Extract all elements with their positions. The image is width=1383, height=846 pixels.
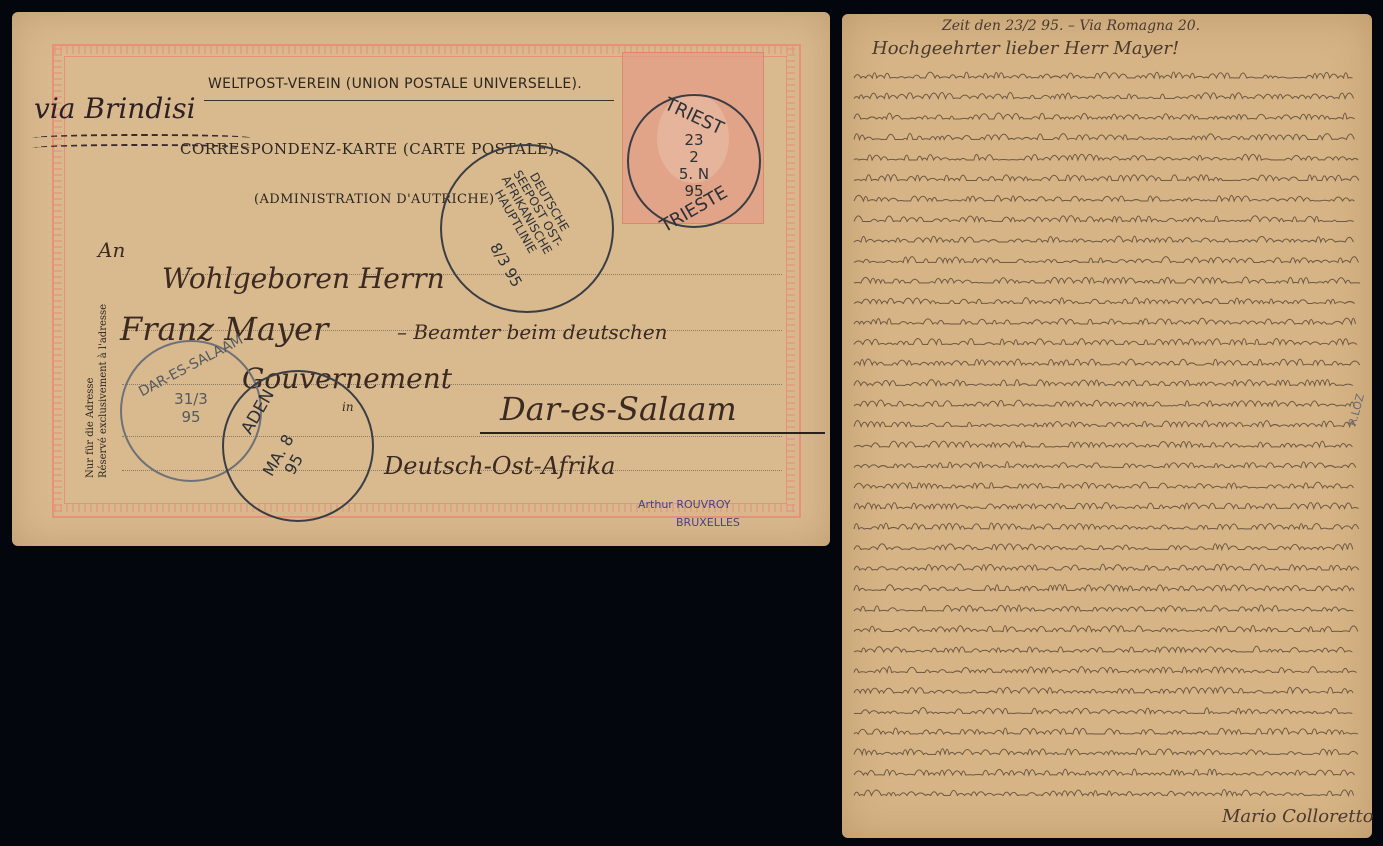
postmark-seepost: DEUTSCHE SEEPOST OST-AFRIKANISCHE HAUPTL… (440, 144, 614, 313)
address-an: An (98, 238, 125, 262)
address-salutation: Wohlgeboren Herrn (162, 262, 445, 295)
border-pattern-right (787, 46, 795, 512)
recipient-city: Dar-es-Salaam (500, 390, 737, 428)
recipient-title: – Beamter beim deutschen (397, 320, 668, 344)
dealer-city: BRUXELLES (638, 514, 740, 532)
city-underline (480, 432, 825, 434)
dealer-stamp: Arthur ROUVROY BRUXELLES (638, 496, 740, 532)
postmark-trieste: TRIEST 23 2 5. N 95 TRIESTE (627, 94, 761, 228)
strike-through-wave-1 (32, 134, 252, 142)
note-french: Réservé exclusivement à l'adresse (97, 304, 110, 478)
dealer-name: Arthur ROUVROY (638, 496, 740, 514)
recipient-region: Deutsch-Ost-Afrika (384, 452, 615, 480)
postmark-date: MA. 8 95 (260, 432, 314, 489)
upu-heading: WELTPOST-VEREIN (UNION POSTALE UNIVERSEL… (208, 76, 582, 92)
routing-instruction: via Brindisi (34, 92, 196, 125)
address-only-note: Nur für die Adresse Réservé exclusivemen… (84, 304, 110, 478)
postmark-aden: ADEN MA. 8 95 (222, 370, 374, 522)
postmark-date: 8/3 95 (486, 240, 526, 291)
postmark-city: ADEN (237, 386, 278, 438)
heading-rule (204, 100, 614, 101)
letter-signature: Mario Colloretto (1222, 806, 1374, 827)
note-german: Nur für die Adresse (84, 304, 97, 478)
postcard-back: Zeit den 23/2 95. – Via Romagna 20. Hoch… (842, 14, 1372, 838)
postmark-month: 2 (629, 149, 759, 166)
strike-through-wave-2 (32, 144, 252, 152)
postmark-day: 23 (629, 132, 759, 149)
postcard-front: WELTPOST-VEREIN (UNION POSTALE UNIVERSEL… (12, 12, 830, 546)
